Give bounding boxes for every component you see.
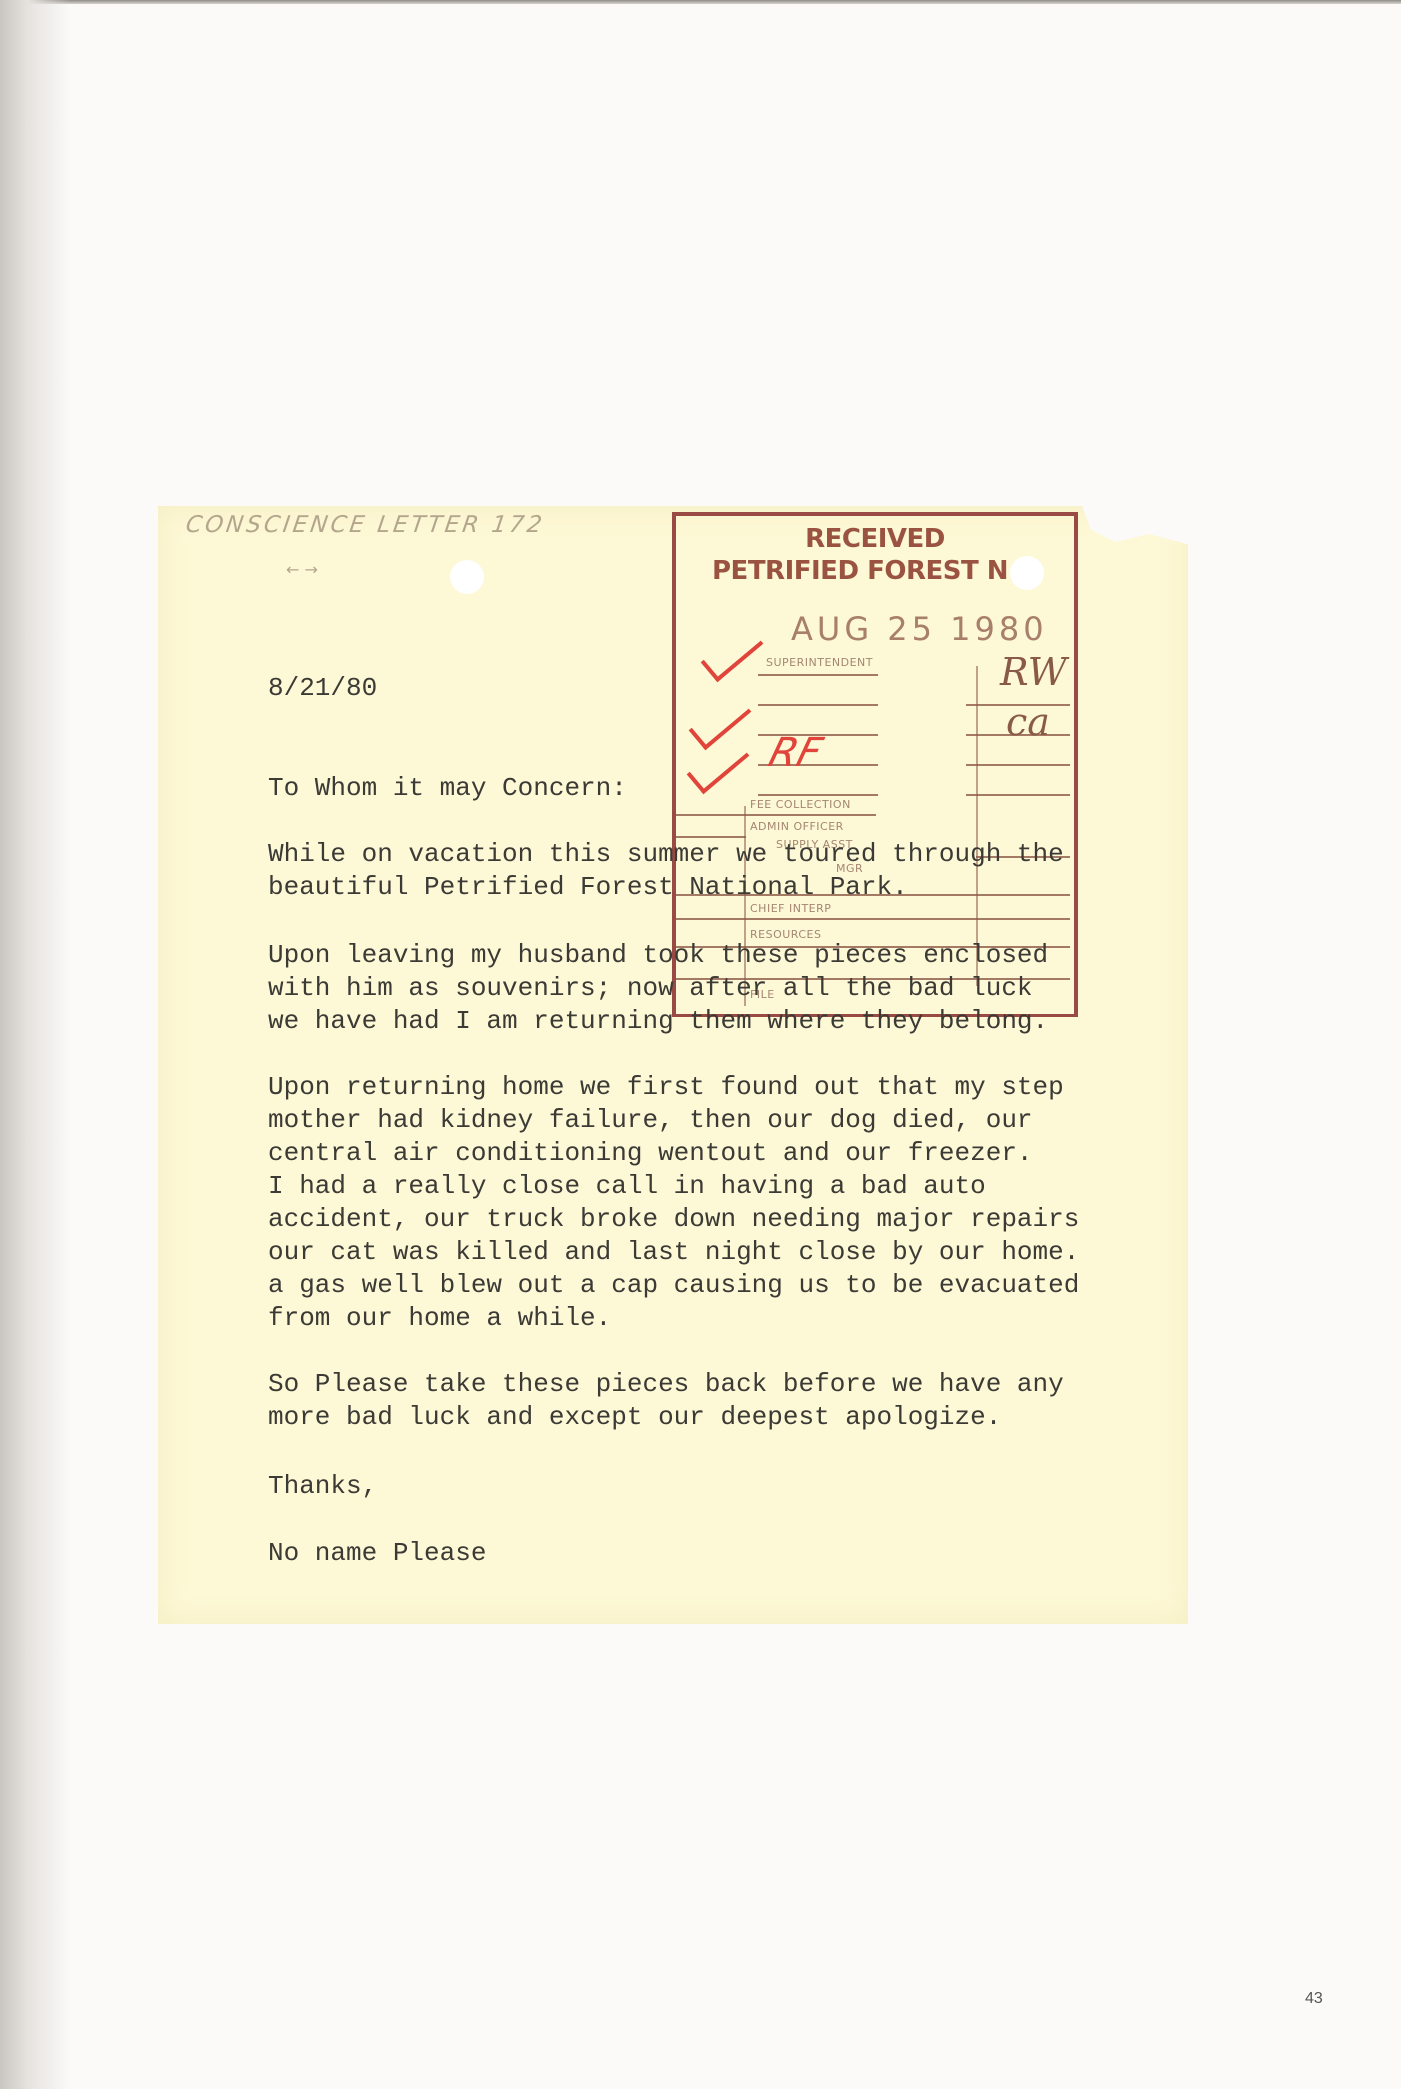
paragraph-1-line: While on vacation this summer we toured … [268, 838, 1064, 871]
page-number: 43 [1305, 1990, 1323, 2008]
paragraph-3-line: I had a really close call in having a ba… [268, 1170, 986, 1203]
page-top-edge [0, 0, 1401, 4]
letter-closing: Thanks, [268, 1470, 377, 1503]
brown-initials: RW [1000, 650, 1067, 694]
handwritten-header: CONSCIENCE LETTER 172 [184, 512, 546, 538]
paragraph-1-line: beautiful Petrified Forest National Park… [268, 871, 908, 904]
paragraph-2-line: we have had I am returning them where th… [268, 1005, 1048, 1038]
letter-date: 8/21/80 [268, 672, 377, 705]
letter-salutation: To Whom it may Concern: [268, 772, 627, 805]
paragraph-3-line: Upon returning home we first found out t… [268, 1071, 1064, 1104]
paragraph-2-line: with him as souvenirs; now after all the… [268, 972, 1033, 1005]
paragraph-3-line: our cat was killed and last night close … [268, 1236, 1079, 1269]
paragraph-3-line: from our home a while. [268, 1302, 611, 1335]
paragraph-4-line: So Please take these pieces back before … [268, 1368, 1064, 1401]
paragraph-3-line: central air conditioning wentout and our… [268, 1137, 1033, 1170]
paragraph-3-line: accident, our truck broke down needing m… [268, 1203, 1079, 1236]
paragraph-3-line: a gas well blew out a cap causing us to … [268, 1269, 1079, 1302]
paragraph-3-line: mother had kidney failure, then our dog … [268, 1104, 1033, 1137]
paragraph-2-line: Upon leaving my husband took these piece… [268, 939, 1048, 972]
paragraph-4-line: more bad luck and except our deepest apo… [268, 1401, 1001, 1434]
handwritten-arrow-mark: ← → [286, 560, 318, 579]
letter-signature: No name Please [268, 1537, 486, 1570]
punch-hole [450, 560, 484, 594]
page-gutter-shadow [0, 0, 70, 2089]
brown-initials: ca [1006, 700, 1050, 744]
punch-hole [1010, 556, 1044, 590]
